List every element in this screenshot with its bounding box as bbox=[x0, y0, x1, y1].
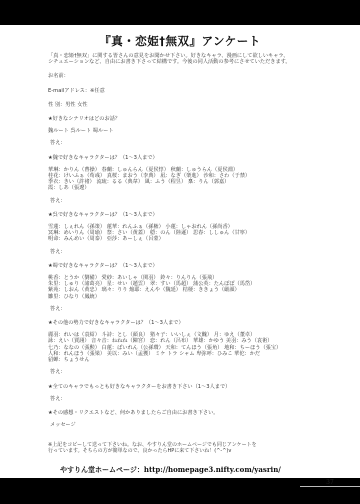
footer-note: ※上記をコピーして送って下さいね。なお、やすりん堂のホームページでも同じアンケー… bbox=[48, 442, 308, 454]
scenario-options: 魏ルート 呉ルート 蜀ルート bbox=[48, 128, 308, 134]
homepage-link[interactable]: やすりん堂ホームページ：http://homepage3.nifty.com/y… bbox=[60, 465, 281, 475]
email-field-label: E-mailアドレス：※任意 bbox=[48, 88, 308, 94]
survey-body: 「真・恋姫†無双」に関する皆さんの意見をお聞かせ下さい。好きなキャラ、漫画にして… bbox=[48, 53, 308, 436]
all-answer: 答え： bbox=[50, 396, 308, 402]
scenario-answer: 答え： bbox=[50, 140, 308, 146]
wei-answer: 答え： bbox=[50, 198, 308, 204]
other-question: ★その他の勢力で好きなキャラクターは？（1～3人まで） bbox=[48, 320, 308, 326]
wei-options: 華琳：かりん（曹操） 春蘭：しゅんらん（夏侯惇） 秋蘭：しゅうらん（夏侯淵） 桂… bbox=[48, 167, 308, 192]
message-answer: メッセージ bbox=[50, 422, 308, 428]
wei-question: ★魏で好きなキャラクターは？（1～3人まで） bbox=[48, 155, 308, 161]
wu-question: ★呉で好きなキャラクターは？（1～3人まで） bbox=[48, 212, 308, 218]
all-question: ★全てのキャラでもっとも好きなキャラクターをお書き下さい（1～3人まで） bbox=[48, 384, 308, 390]
shu-answer: 答え： bbox=[50, 306, 308, 312]
gender-field-label: 性 別：男性 女性 bbox=[48, 102, 308, 108]
shu-question: ★蜀で好きなキャラクターは？（1～3人まで） bbox=[48, 263, 308, 269]
intro-text: 「真・恋姫†無双」に関する皆さんの意見をお聞かせ下さい。好きなキャラ、漫画にして… bbox=[48, 53, 308, 65]
page-number: 37 bbox=[300, 479, 360, 487]
shu-options: 桃香：とうか（劉備） 愛紗：あいしゃ（関羽） 鈴々：りんりん（張飛） 朱里：しゅ… bbox=[48, 275, 308, 300]
wu-options: 雪蓮：しぇれん（孫策） 蓮華：れんふぁ（孫権） 小蓮：しゃおれん（孫尚香） 冥琳… bbox=[48, 224, 308, 243]
other-answer: 答え： bbox=[50, 369, 308, 375]
name-field-label: お名前： bbox=[48, 73, 308, 79]
scenario-question: ★好きなシナリオはどのお話？ bbox=[48, 116, 308, 122]
other-options: 麗羽：れいは（袁紹） 斗詩：とし（顔良） 猪々子：いいしぇ（文醜） 月：ゆえ（董… bbox=[48, 332, 308, 363]
wu-answer: 答え： bbox=[50, 249, 308, 255]
message-question: ★その感想・リクエストなど、何かありましたらご自由にお書き下さい。 bbox=[48, 410, 308, 416]
page-title: 『真・恋姫†無双』アンケート bbox=[0, 33, 360, 49]
document-page: 『真・恋姫†無双』アンケート 「真・恋姫†無双」に関する皆さんの意見をお聞かせ下… bbox=[0, 25, 360, 478]
